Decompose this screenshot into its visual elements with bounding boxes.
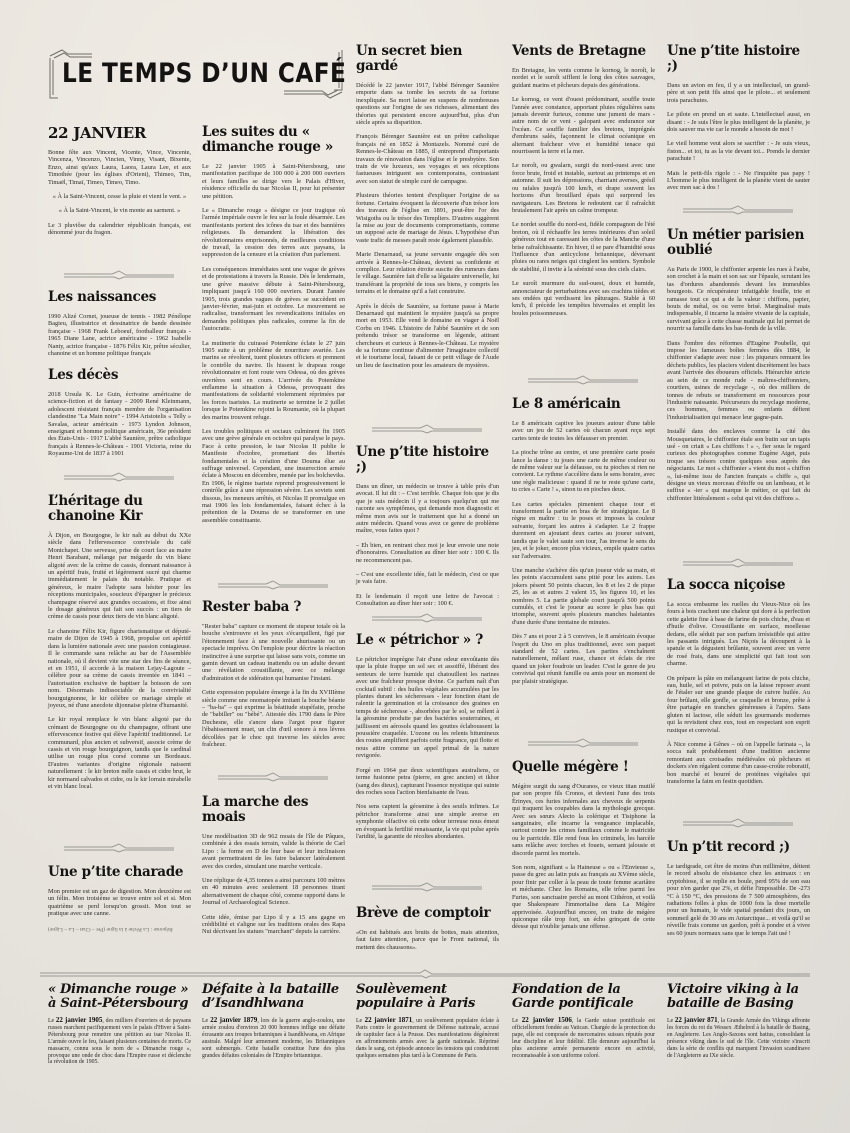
article-moais: La marche des moais Une modélisation 3D … xyxy=(202,795,345,943)
socca-p3: À Nice comme à Gênes – où on l'appelle f… xyxy=(667,741,810,785)
masthead-title: LE TEMPS D’UN CAFÉ xyxy=(62,58,346,89)
americain-p3: Les cartes spéciales pimentent chaque to… xyxy=(512,501,655,560)
histoire-avion-p2: Le pilote en prend un et saute. L'intell… xyxy=(667,111,810,133)
dimanche-p4: La mutinerie du cuirassé Potemkine éclat… xyxy=(202,340,345,421)
separator-ornament xyxy=(218,580,328,590)
article-metier-parisien: Un métier parisien oublié Au Paris de 19… xyxy=(667,228,810,509)
article-secret: Un secret bien gardé Décédé le 22 janvie… xyxy=(356,44,499,376)
article-petrichor: Le « pétrichor » ? Le pétrichor imprègne… xyxy=(356,633,499,847)
article-histoire-medecin: Une p’tite histoire ;) Dans un dîner, un… xyxy=(356,445,499,615)
separator-ornament xyxy=(528,738,638,748)
bretagne-p3: Le noroît, ou gwalarn, surgit du nord-ou… xyxy=(512,162,655,214)
socca-p2: On prépare la pâte en mélangeant farine … xyxy=(667,675,810,734)
bottom-4-heading: Fondation de la Garde pontificale xyxy=(512,983,655,1010)
bottom-article-4: Fondation de la Garde pontificale Le 22 … xyxy=(512,983,655,1066)
article-8-americain: Le 8 américain Le 8 américain captive le… xyxy=(512,397,655,692)
births-heading: Les naissances xyxy=(48,290,191,305)
americain-heading: Le 8 américain xyxy=(512,397,655,412)
moais-p3: Cette idée, émise par Lipo il y a 15 ans… xyxy=(202,914,345,936)
histoire-avion-p4: Mais le petit-fils rigole : - Ne t'inqui… xyxy=(667,170,810,192)
article-socca: La socca niçoise La socca embaume les ru… xyxy=(667,578,810,792)
deaths-heading: Les décès xyxy=(48,368,191,383)
secret-p2: François Bérenger Saunière est un prêtre… xyxy=(356,133,499,185)
proverb-1: « À la Saint-Vincent, cesse la pluie et … xyxy=(48,193,191,200)
kir-p2: Le chanoine Félix Kir, figure charismati… xyxy=(48,628,191,709)
article-charade: Une p’tite charade Mon premier est un ga… xyxy=(48,865,191,939)
deaths-text: 2018 Ursula K. Le Guin, écrivaine améric… xyxy=(48,391,191,458)
bottom-3-heading: Soulèvement populaire à Paris xyxy=(356,983,499,1010)
dimanche-p3: Les conséquences immédiates sont une vag… xyxy=(202,266,345,333)
metier-heading: Un métier parisien oublié xyxy=(667,228,810,258)
petrichor-p3: Nos sens captent la géosmine à des seuil… xyxy=(356,803,499,840)
moais-p1: Une modélisation 3D de 962 moais de l'îl… xyxy=(202,833,345,870)
separator-ornament xyxy=(64,843,174,853)
histoire-p4: Et le lendemain il reçoit une lettre de … xyxy=(356,593,499,608)
socca-p1: La socca embaume les ruelles du Vieux-Ni… xyxy=(667,601,810,668)
bottom-1-heading: « Dimanche rouge » à Saint-Pétersbourg xyxy=(48,983,191,1010)
charade-answer-upside-down: Réponse : La Pêche à la ligne (Pet – Cha… xyxy=(48,925,191,932)
histoire-p3: – C'est une excellente idée, fait le méd… xyxy=(356,571,499,586)
histoire-heading: Une p’tite histoire ;) xyxy=(356,445,499,475)
histoire-p2: – Eh bien, en rentrant chez moi je leur … xyxy=(356,542,499,564)
comptoir-text: «On est habitués aux bruits de bottes, m… xyxy=(356,929,499,951)
secret-heading: Un secret bien gardé xyxy=(356,44,499,74)
newspaper-page: LE TEMPS D’UN CAFÉ 22 JANVIER Bonne fête… xyxy=(0,0,850,1133)
moais-heading: La marche des moais xyxy=(202,795,345,825)
baba-p1: "Rester baba" capture ce moment de stupe… xyxy=(202,623,345,682)
article-histoire-avion: Une p’tite histoire ;) Dans un avion en … xyxy=(667,44,810,199)
separator-ornament xyxy=(64,472,174,482)
megere-heading: Quelle mégère ! xyxy=(512,760,655,775)
article-dimanche-rouge: Les suites du « dimanche rouge » Le 22 j… xyxy=(202,125,345,531)
petrichor-p2: Forgé en 1964 par deux scientifiques aus… xyxy=(356,767,499,797)
article-megere: Quelle mégère ! Mégère surgit du sang d'… xyxy=(512,760,655,938)
bottom-article-5: Victoire viking à la bataille de Basing … xyxy=(667,983,810,1066)
americain-p2: La pioche trône au centre, et une premiè… xyxy=(512,449,655,493)
republican-calendar: Le 3 pluviôse du calendrier républicain … xyxy=(48,222,191,237)
masthead: LE TEMPS D’UN CAFÉ xyxy=(48,46,344,102)
bottom-1-text: Le 22 janvier 1905, des milliers d'ouvri… xyxy=(48,1017,191,1066)
record-text: Le tardigrade, cet être de moins d'un mi… xyxy=(667,863,810,937)
separator-ornament xyxy=(64,270,174,280)
dimanche-p5: Les troubles politiques et sociaux culmi… xyxy=(202,428,345,524)
separator-ornament xyxy=(372,613,482,623)
petrichor-p1: Le pétrichor imprègne l'air d'une odeur … xyxy=(356,656,499,760)
histoire-p1: Dans un dîner, un médecin se trouve à ta… xyxy=(356,483,499,535)
bottom-3-text: Le 22 janvier 1871, un soulèvement popul… xyxy=(356,1017,499,1059)
kir-heading: L’héritage du chanoine Kir xyxy=(48,494,191,524)
bottom-5-text: Le 22 janvier 871, la Grande Armée des V… xyxy=(667,1017,810,1059)
metier-p3: Installé dans des enclaves comme la cité… xyxy=(667,428,810,502)
separator-ornament xyxy=(528,375,638,385)
separator-ornament xyxy=(683,818,793,828)
saints-text: Bonne fête aux Vincent, Vicente, Vince, … xyxy=(48,149,191,186)
kir-p1: À Dijon, en Bourgogne, le kir naît au dé… xyxy=(48,532,191,621)
date-heading: 22 JANVIER xyxy=(48,125,191,141)
secret-p1: Décédé le 22 janvier 1917, l'abbé Béreng… xyxy=(356,82,499,126)
separator-ornament xyxy=(218,772,328,782)
charade-heading: Une p’tite charade xyxy=(48,865,191,880)
dimanche-p2: Le « Dimanche rouge » désigne ce jour tr… xyxy=(202,207,345,259)
bottom-separator-ornament xyxy=(40,969,810,979)
bottom-article-1: « Dimanche rouge » à Saint-Pétersbourg L… xyxy=(48,983,191,1073)
megere-p2: Son nom, signifiant « la Haineuse » ou «… xyxy=(512,864,655,931)
americain-p5: Dès 7 ans et pour 2 à 5 convives, le 8 a… xyxy=(512,633,655,685)
secret-p5: Après le décès de Saunière, sa fortune p… xyxy=(356,303,499,370)
article-date: 22 JANVIER Bonne fête aux Vincent, Vicen… xyxy=(48,125,191,244)
secret-p3: Plusieurs théories tentent d'expliquer l… xyxy=(356,192,499,244)
article-rester-baba: Rester baba ? "Rester baba" capture ce m… xyxy=(202,600,345,756)
article-deaths: Les décès 2018 Ursula K. Le Guin, écriva… xyxy=(48,368,191,465)
baba-p2: Cette expression populaire émerge à la f… xyxy=(202,689,345,748)
bottom-2-heading: Défaite à la bataille d’Isandhlwana xyxy=(202,983,345,1010)
separator-ornament xyxy=(372,882,482,892)
secret-p4: Marie Denarnaud, sa jeune servante engag… xyxy=(356,251,499,295)
separator-ornament xyxy=(683,558,793,568)
histoire-avion-p3: Le vieil homme veut alors se sacrifier :… xyxy=(667,140,810,162)
bretagne-heading: Vents de Bretagne xyxy=(512,44,655,59)
separator-ornament xyxy=(683,205,793,215)
comptoir-heading: Brève de comptoir xyxy=(356,906,499,921)
bretagne-p5: Le suroît murmure du sud-ouest, doux et … xyxy=(512,280,655,317)
moais-p2: Une réplique de 4,35 tonnes a ainsi parc… xyxy=(202,877,345,907)
article-kir: L’héritage du chanoine Kir À Dijon, en B… xyxy=(48,494,191,797)
dimanche-p1: Le 22 janvier 1905 à Saint-Pétersbourg, … xyxy=(202,163,345,200)
separator-ornament xyxy=(372,424,482,434)
socca-heading: La socca niçoise xyxy=(667,578,810,593)
bottom-article-2: Défaite à la bataille d’Isandhlwana Le 2… xyxy=(202,983,345,1066)
baba-heading: Rester baba ? xyxy=(202,600,345,615)
kir-p3: Le kir royal remplace le vin blanc aligo… xyxy=(48,716,191,790)
americain-p4: Une manche s'achève dès qu'un joueur vid… xyxy=(512,567,655,626)
bretagne-p1: En Bretagne, les vents comme le kornog, … xyxy=(512,67,655,89)
histoire-avion-p1: Dans un avion en feu, il y a un intellec… xyxy=(667,82,810,104)
metier-p1: Au Paris de 1900, le chiffonier arpente … xyxy=(667,266,810,333)
article-vents-bretagne: Vents de Bretagne En Bretagne, les vents… xyxy=(512,44,655,324)
bottom-4-text: Le 22 janvier 1506, la Garde suisse pont… xyxy=(512,1017,655,1059)
petrichor-heading: Le « pétrichor » ? xyxy=(356,633,499,648)
dimanche-heading: Les suites du « dimanche rouge » xyxy=(202,125,345,155)
article-breve-comptoir: Brève de comptoir «On est habitués aux b… xyxy=(356,906,499,958)
megere-p1: Mégère surgit du sang d'Ouranos, ce vieu… xyxy=(512,783,655,857)
bretagne-p4: Le nordet souffle du nord-est, fidèle co… xyxy=(512,221,655,273)
record-heading: Un p’tit record ;) xyxy=(667,840,810,855)
americain-p1: Le 8 américain captive les joueurs autou… xyxy=(512,420,655,442)
bottom-5-heading: Victoire viking à la bataille de Basing xyxy=(667,983,810,1010)
bretagne-p2: Le kornog, ce vent d'ouest prédominant, … xyxy=(512,96,655,155)
article-births: Les naissances 1990 Alizé Cornet, joueus… xyxy=(48,290,191,364)
proverb-2: « À la Saint-Vincent, le vin monte au sa… xyxy=(48,207,191,214)
histoire-avion-heading: Une p’tite histoire ;) xyxy=(667,44,810,74)
bottom-2-text: Le 22 janvier 1879, lors de la guerre an… xyxy=(202,1017,345,1059)
bottom-article-3: Soulèvement populaire à Paris Le 22 janv… xyxy=(356,983,499,1066)
births-text: 1990 Alizé Cornet, joueuse de tennis - 1… xyxy=(48,313,191,357)
charade-text: Mon premier est un gaz de digestion. Mon… xyxy=(48,888,191,918)
metier-p2: Dans l'ombre des réformes d'Eugène Poube… xyxy=(667,340,810,421)
article-record: Un p’tit record ;) Le tardigrade, cet êt… xyxy=(667,840,810,944)
